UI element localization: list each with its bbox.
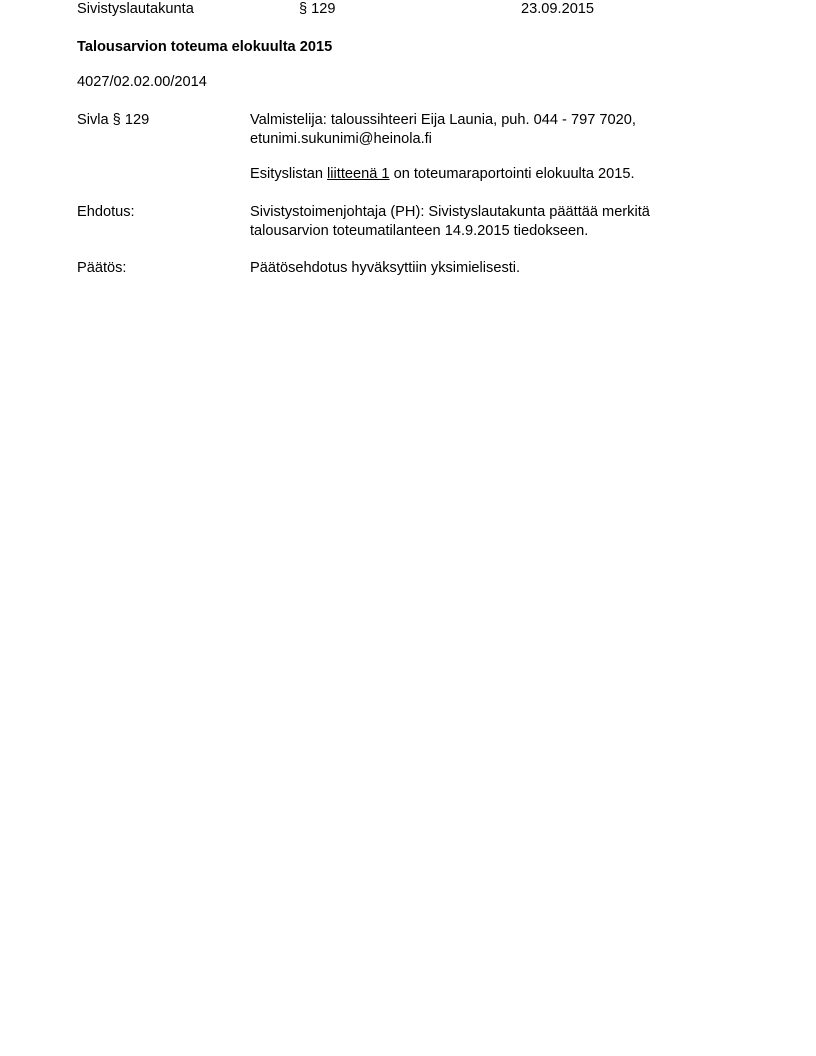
attachment-note: Esityslistan liitteenä 1 on toteumarapor… [250,165,635,184]
section-number: § 129 [299,0,336,18]
document-title: Talousarvion toteuma elokuulta 2015 [77,38,332,56]
preparer-info: Valmistelija: taloussihteeri Eija Launia… [250,111,636,149]
row-label-proposal: Ehdotus: [77,203,135,221]
decision-text: Päätösehdotus hyväksyttiin yksimielisest… [250,259,520,278]
proposal-line: Sivistystoimenjohtaja (PH): Sivistyslaut… [250,203,650,222]
attachment-text-after: on toteumaraportointi elokuulta 2015. [390,166,635,182]
decision-line: Päätösehdotus hyväksyttiin yksimielisest… [250,259,520,278]
record-number: 4027/02.02.00/2014 [77,73,207,91]
board-name: Sivistyslautakunta [77,0,194,18]
row-label-sivla: Sivla § 129 [77,111,149,129]
proposal-line: talousarvion toteumatilanteen 14.9.2015 … [250,222,650,241]
preparer-line: Valmistelija: taloussihteeri Eija Launia… [250,111,636,130]
preparer-email: etunimi.sukunimi@heinola.fi [250,130,636,149]
meeting-date: 23.09.2015 [521,0,594,18]
proposal-text: Sivistystoimenjohtaja (PH): Sivistyslaut… [250,203,650,241]
row-label-decision: Päätös: [77,259,127,277]
attachment-link[interactable]: liitteenä 1 [327,166,389,182]
attachment-text-before: Esityslistan [250,166,327,182]
